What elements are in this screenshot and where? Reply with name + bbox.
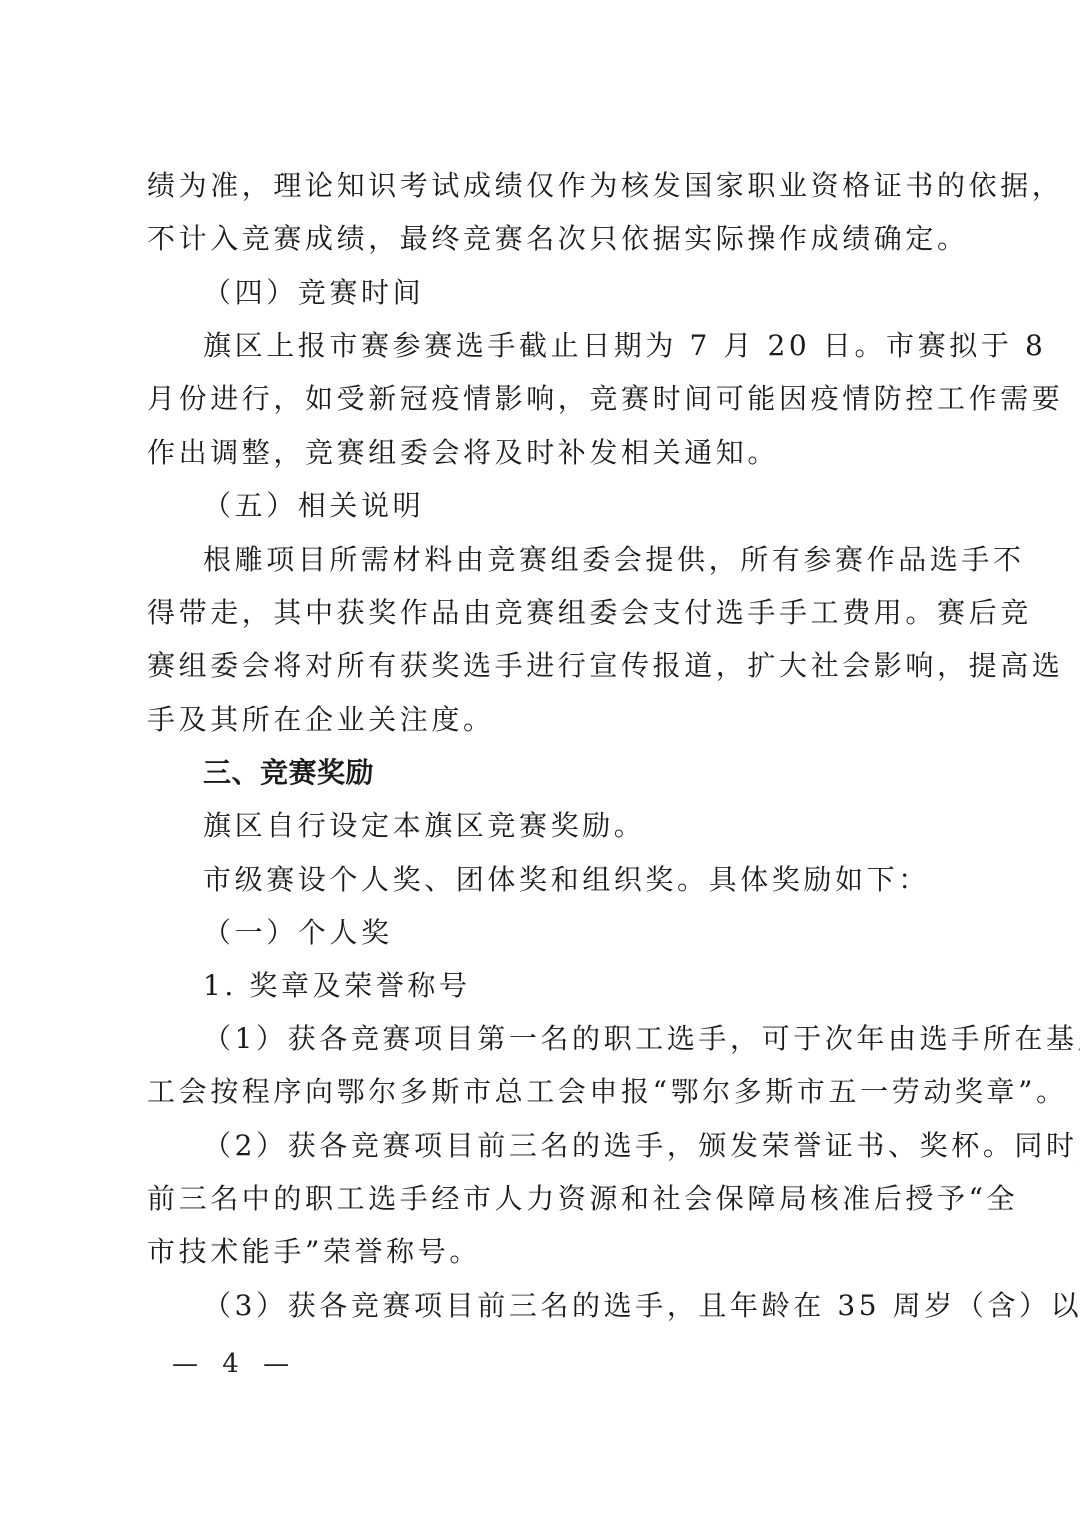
paragraph-line: （3）获各竞赛项目前三名的选手，且年龄在 35 周岁（含）以下 <box>203 1290 948 1322</box>
paragraph-line: 得带走，其中获奖作品由竞赛组委会支付选手手工费用。赛后竞 <box>147 597 947 629</box>
paragraph-line: 旗区上报市赛参赛选手截止日期为 7 月 20 日。市赛拟于 8 <box>203 330 948 362</box>
paragraph-line: 赛组委会将对所有获奖选手进行宣传报道，扩大社会影响，提高选 <box>147 650 947 682</box>
section-subheading-individual-award: （一）个人奖 <box>203 917 948 949</box>
document-page: 绩为准，理论知识考试成绩仅作为核发国家职业资格证书的依据， 不计入竞赛成绩，最终… <box>0 0 1080 1528</box>
paragraph-line: （1）获各竞赛项目第一名的职工选手，可于次年由选手所在基层 <box>203 1023 948 1055</box>
section-subheading-competition-time: （四）竞赛时间 <box>203 277 948 309</box>
paragraph-line: 月份进行，如受新冠疫情影响，竞赛时间可能因疫情防控工作需要 <box>147 383 947 415</box>
paragraph-line: 工会按程序向鄂尔多斯市总工会申报“鄂尔多斯市五一劳动奖章”。 <box>147 1076 947 1108</box>
paragraph-line: 旗区自行设定本旗区竞赛奖励。 <box>203 810 948 842</box>
paragraph-line: 绩为准，理论知识考试成绩仅作为核发国家职业资格证书的依据， <box>147 170 947 202</box>
section-subheading-related-notes: （五）相关说明 <box>203 490 948 522</box>
page-number: — 4 — <box>172 1348 297 1380</box>
paragraph-line: （2）获各竞赛项目前三名的选手，颁发荣誉证书、奖杯。同时， <box>203 1130 948 1162</box>
paragraph-line: 市级赛设个人奖、团体奖和组织奖。具体奖励如下： <box>203 864 948 896</box>
paragraph-line: 根雕项目所需材料由竞赛组委会提供，所有参赛作品选手不 <box>203 544 948 576</box>
paragraph-line: 不计入竞赛成绩，最终竞赛名次只依据实际操作成绩确定。 <box>147 223 947 255</box>
paragraph-line: 手及其所在企业关注度。 <box>147 704 947 736</box>
section-subheading-medals-titles: 1. 奖章及荣誉称号 <box>203 970 948 1002</box>
paragraph-line: 市技术能手”荣誉称号。 <box>147 1236 947 1268</box>
paragraph-line: 前三名中的职工选手经市人力资源和社会保障局核准后授予“全 <box>147 1183 947 1215</box>
paragraph-line: 作出调整，竞赛组委会将及时补发相关通知。 <box>147 437 947 469</box>
section-heading-competition-awards: 三、竞赛奖励 <box>203 757 948 789</box>
